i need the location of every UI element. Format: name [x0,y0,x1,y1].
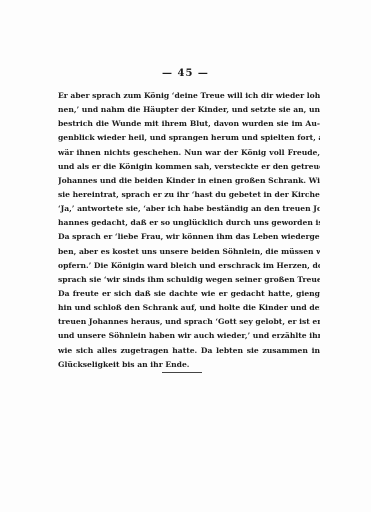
text-line: hin und schloß den Schrank auf, und holt… [58,301,320,315]
body-text: Er aber sprach zum König ‘deine Treue wi… [58,89,320,372]
page-number: — 45 — [0,68,371,79]
text-line: treuen Johannes heraus, und sprach ‘Gott… [58,315,320,329]
text-line: hannes gedacht, daß er so unglücklich du… [58,216,320,230]
text-line: Er aber sprach zum König ‘deine Treue wi… [58,89,320,103]
text-line: bestrich die Wunde mit ihrem Blut, davon… [58,117,320,131]
text-line: und als er die Königin kommen sah, verst… [58,160,320,174]
text-line: Glückseligkeit bis an ihr Ende. [58,358,320,372]
text-line: genblick wieder heil, und sprangen herum… [58,131,320,145]
text-line: sprach sie ‘wir sinds ihm schuldig wegen… [58,273,320,287]
text-line: Da freute er sich daß sie dachte wie er … [58,287,320,301]
text-line: wär ihnen nichts geschehen. Nun war der … [58,146,320,160]
section-end-rule [162,372,202,373]
text-line: wie sich alles zugetragen hatte. Da lebt… [58,344,320,358]
text-line: Johannes und die beiden Kinder in einen … [58,174,320,188]
text-line: und unsere Söhnlein haben wir auch wiede… [58,329,320,343]
text-line: sie hereintrat, sprach er zu ihr ‘hast d… [58,188,320,202]
text-line: ben, aber es kostet uns unsere beiden Sö… [58,245,320,259]
book-page: — 45 — Er aber sprach zum König ‘deine T… [0,0,371,512]
text-line: nen,’ und nahm die Häupter der Kinder, u… [58,103,320,117]
text-line: opfern.’ Die Königin ward bleich und ers… [58,259,320,273]
text-line: Da sprach er ‘liebe Frau, wir können ihm… [58,230,320,244]
text-line: ‘Ja,’ antwortete sie, ‘aber ich habe bes… [58,202,320,216]
